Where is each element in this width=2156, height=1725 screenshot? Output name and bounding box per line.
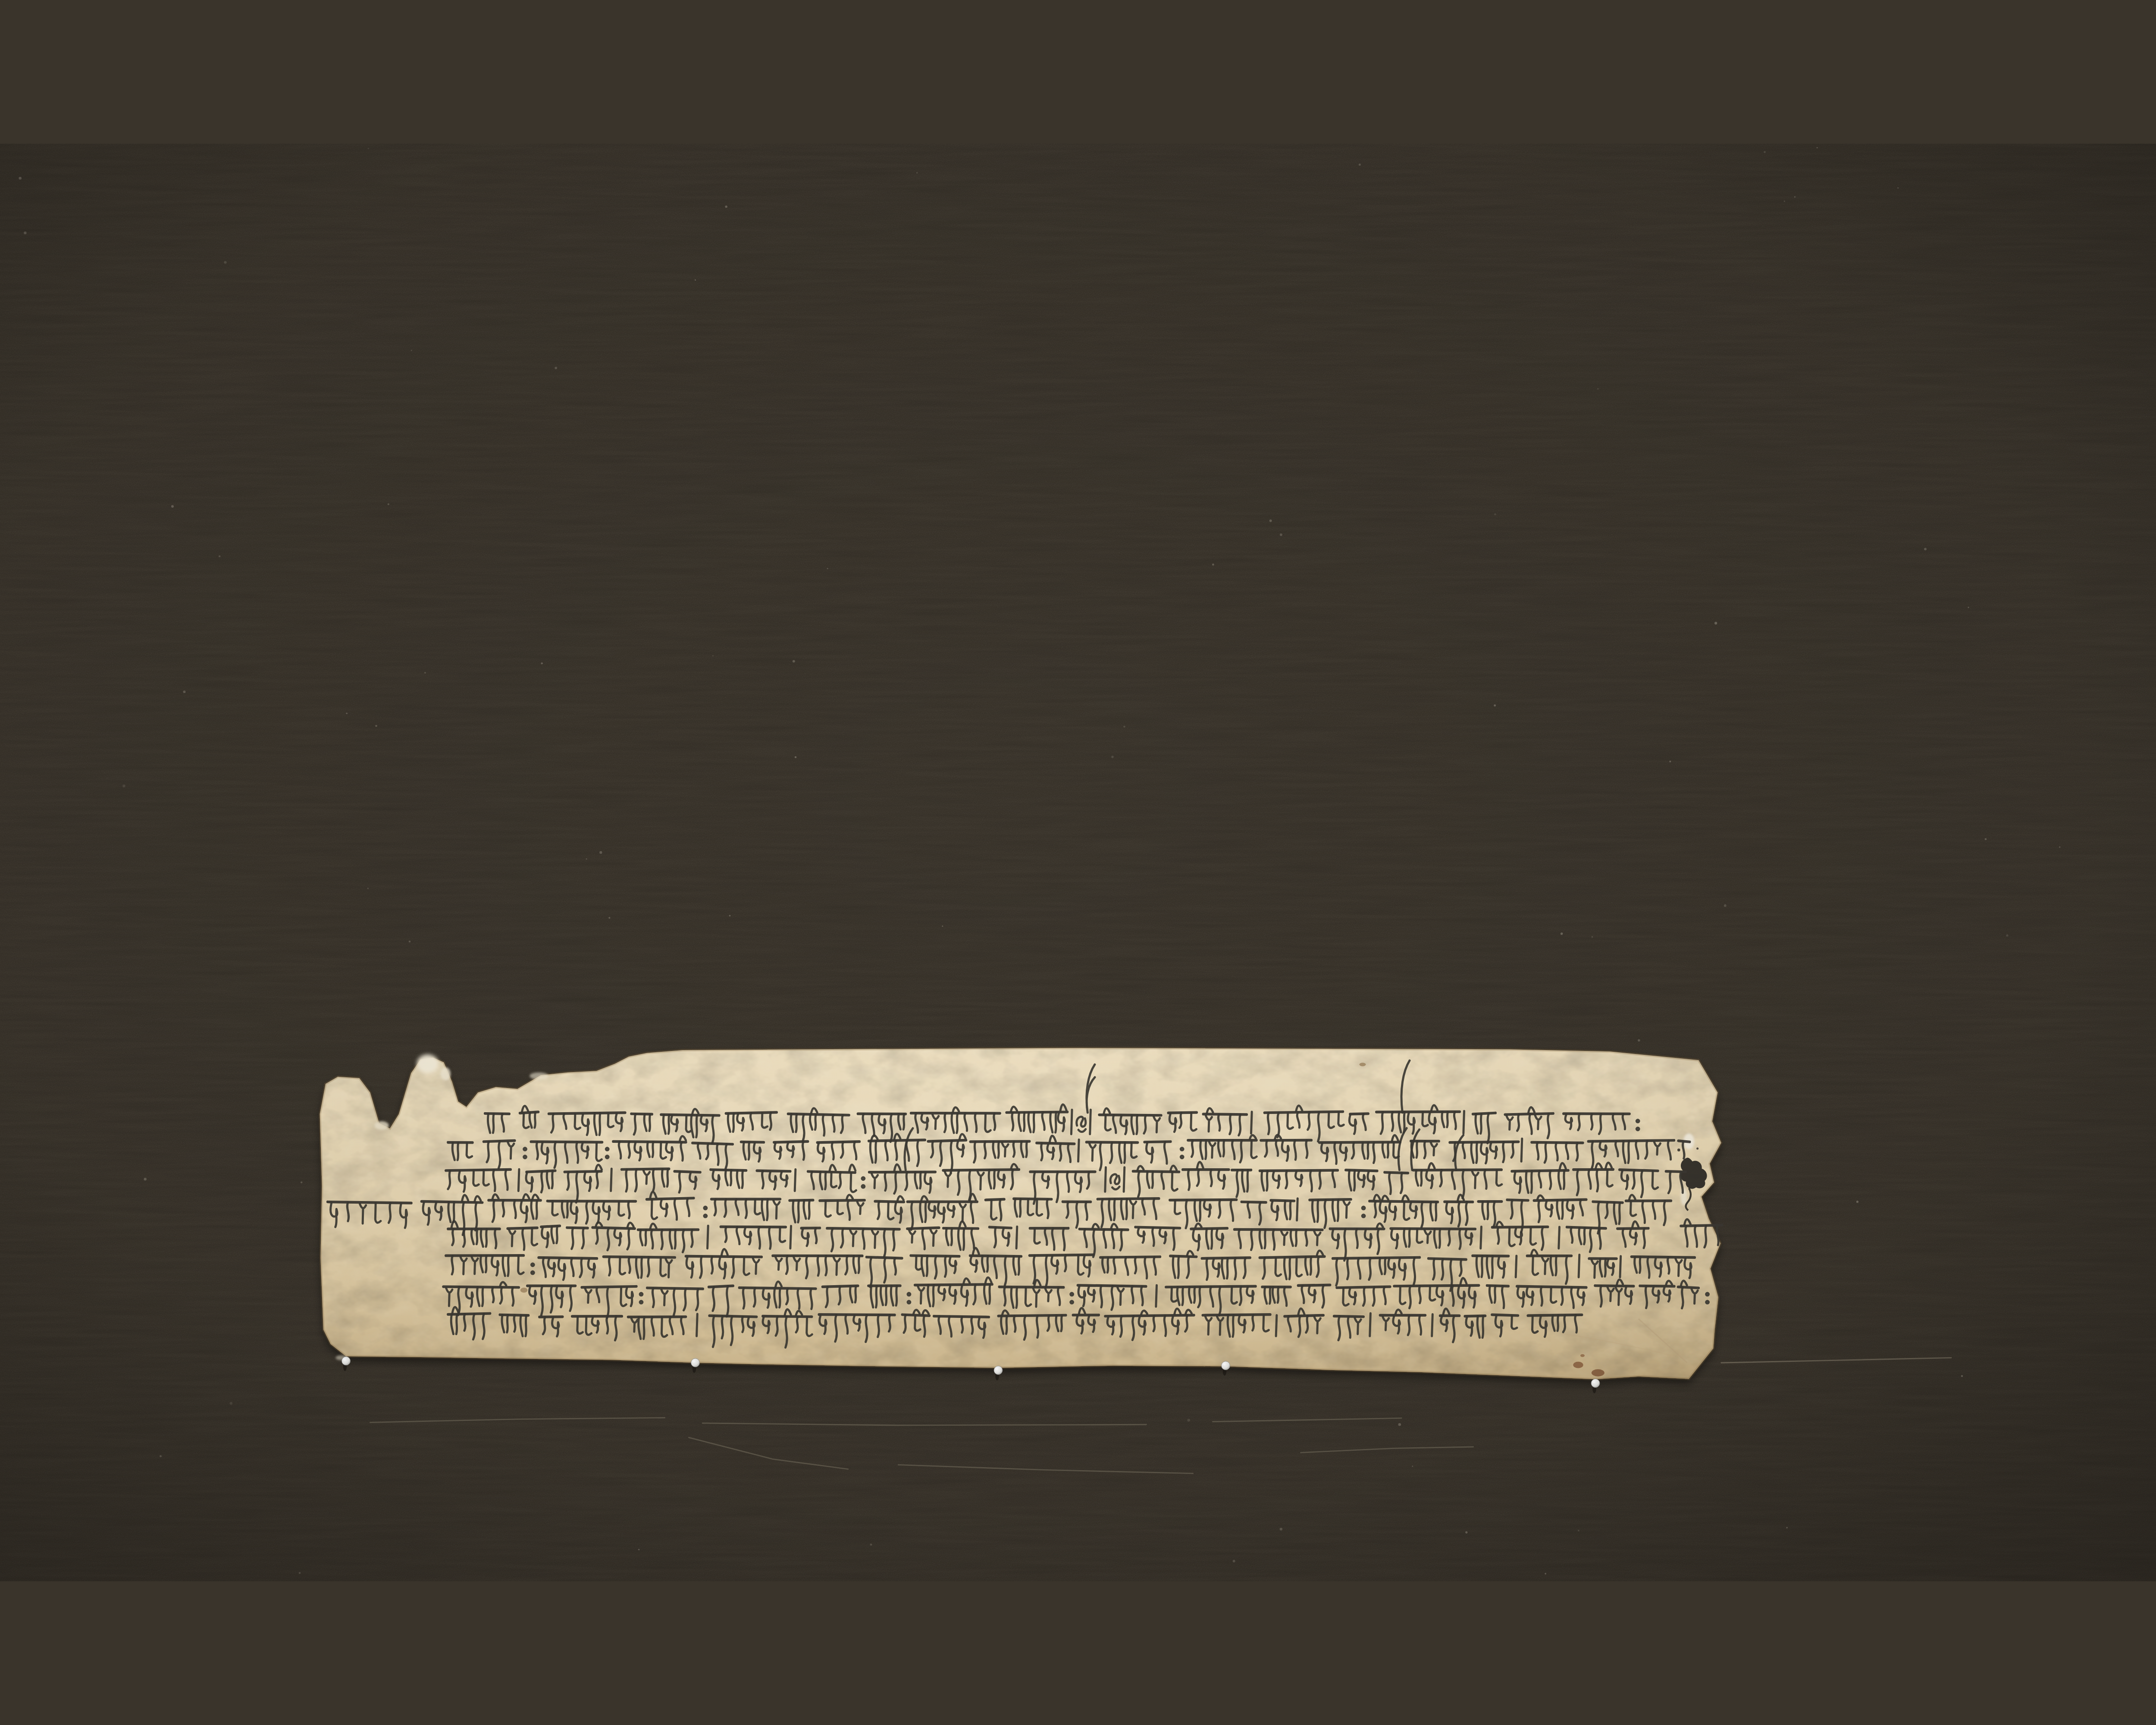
photo-stage: মধুরেণ চ ॥ঙ্কং॥ঙ্কং॥ ইতিশ্রীমহাভারতেশত প… xyxy=(0,0,2156,1725)
photo-vignette xyxy=(0,144,2156,1581)
manuscript-photograph: মধুরেণ চ ॥ঙ্কং॥ঙ্কং॥ ইতিশ্রীমহাভারতেশত প… xyxy=(0,0,2156,1725)
